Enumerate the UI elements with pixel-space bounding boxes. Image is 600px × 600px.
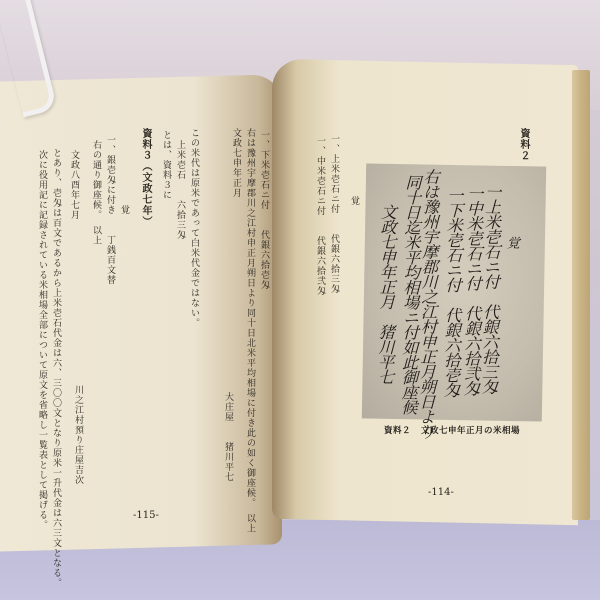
left-col-7: 一、銀壱匁に付き 丁銭百文替 <box>104 135 115 285</box>
page-block-edge <box>572 70 590 520</box>
left-col-4: この米代は原米であって白米代金ではない。 <box>188 128 199 328</box>
left-col-signer: 大庄屋 猪川平七 <box>222 392 233 482</box>
left-col-12: 次に役用記に記録されている米相場全部について原文を省略し一覧表として掲げる。 <box>36 150 47 530</box>
hand-col-0: 覚 <box>503 236 520 248</box>
left-col-9: 文政八酉年七月 <box>68 150 79 220</box>
handwritten-document-photo: 覚 一上米壱石ニ付 代銀六拾三匁 一中米壱石ニ付 代銀六拾弐匁 一下米壱石ニ付 … <box>362 163 546 421</box>
left-page-number: -115- <box>133 510 159 521</box>
right-oboe: 覚 <box>348 196 359 206</box>
left-col-6: とは、資料３に <box>160 130 171 200</box>
right-page-number: -114- <box>428 487 454 498</box>
figure-caption-label: 資料２ <box>384 426 411 436</box>
left-col-3: 文政七申年正月 <box>230 128 241 198</box>
open-book: 一、下米壱石ニ付 代銀六拾壱匁 右は豫州宇摩郡川之江村申正月朔日より同十日北米平… <box>0 0 600 600</box>
left-oboe: 覚 <box>118 205 129 215</box>
left-heading-shiryo3: 資料３（文政七年） <box>140 128 151 227</box>
hand-col-2: 一中米壱石ニ付 代銀六拾弐匁 <box>462 185 483 395</box>
figure-caption: 資料２文政七申年正月の米相場 <box>384 424 520 436</box>
left-col-2: 右は豫州宇摩郡川之江村申正月朔日より同十日北米平均相場に付き此の如く御座候。 以… <box>244 128 255 534</box>
left-col-11: とあり、壱匁は百文であるから上米壱石代金は六、三〇〇文となり原米一升代金は六三文… <box>50 148 61 588</box>
right-col-2: 一、中米壱石ニ付 代銀六拾弐匁 <box>314 136 325 296</box>
left-col-5: 上米壱石 六拾三匁 <box>174 140 185 240</box>
left-col-10: 川之江村預り庄屋吉次 <box>72 385 83 485</box>
hand-col-5: 同十日迄米平均相場ニ付如此御座候 <box>400 174 421 414</box>
figure-caption-text: 文政七申年正月の米相場 <box>421 426 520 436</box>
right-col-1: 一、上米壱石ニ付 代銀六拾三匁 <box>328 134 339 294</box>
left-col-1: 一、下米壱石ニ付 代銀六拾壱匁 <box>258 130 269 290</box>
hand-col-6: 文政七申年正月 猪川平七 <box>376 204 396 384</box>
left-col-8: 右の通り御座候。 以上 <box>90 140 101 246</box>
hand-col-3: 一下米壱石ニ付 代銀六拾壱匁 <box>442 187 463 397</box>
